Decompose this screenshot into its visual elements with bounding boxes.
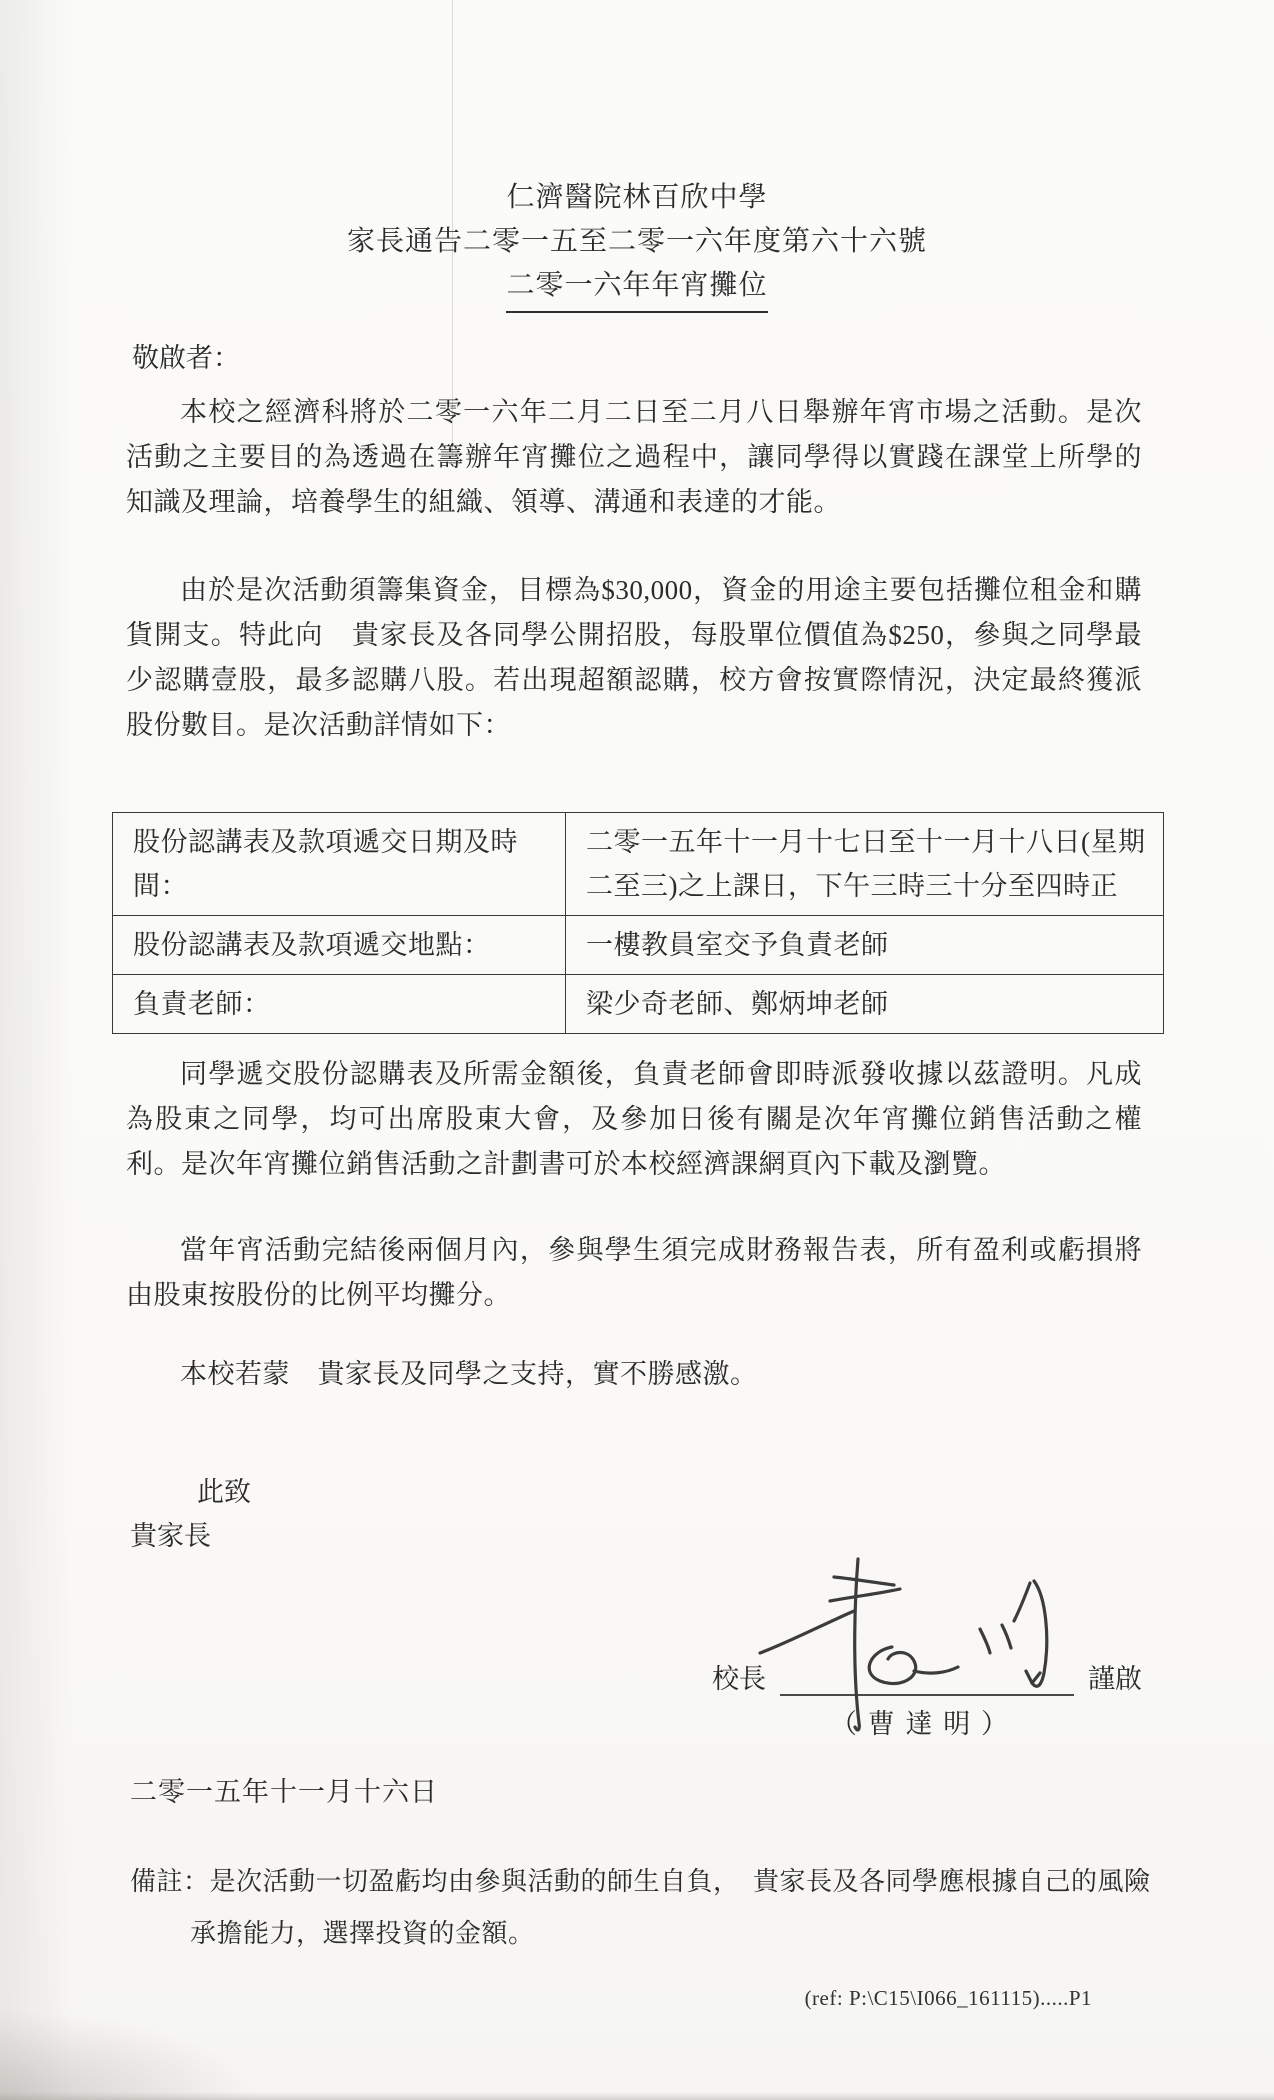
paragraph-receipt: 同學遞交股份認購表及所需金額後，負責老師會即時派發收據以茲證明。凡成為股東之同學… <box>126 1052 1142 1187</box>
table-row: 股份認講表及款項遞交日期及時間： 二零一五年十一月十七日至十一月十八日(星期二至… <box>113 813 1164 916</box>
row-label-submission-date: 股份認講表及款項遞交日期及時間： <box>113 813 566 916</box>
row-label-submission-place: 股份認講表及款項遞交地點： <box>113 916 566 975</box>
notice-number: 家長通告二零一五至二零一六年度第六十六號 <box>0 220 1274 264</box>
notice-subject: 二零一六年年宵攤位 <box>0 264 1274 313</box>
school-name: 仁濟醫院林百欣中學 <box>0 176 1274 220</box>
scan-corner-shadow <box>0 2010 260 2100</box>
file-reference: (ref: P:\C15\I066_161115).....P1 <box>0 1986 1092 2011</box>
principal-name: （ 曹 達 明 ） <box>770 1702 1070 1741</box>
row-value-teachers: 梁少奇老師、鄭炳坤老師 <box>566 975 1164 1034</box>
row-value-submission-date: 二零一五年十一月十七日至十一月十八日(星期二至三)之上課日，下午三時三十分至四時… <box>566 813 1164 916</box>
paragraph-report: 當年宵活動完結後兩個月內，參與學生須完成財務報告表，所有盈利或虧損將由股東按股份… <box>126 1228 1142 1318</box>
salutation: 敬啟者： <box>132 336 240 375</box>
scan-edge-shadow <box>0 0 92 2100</box>
remark-note: 備註：是次活動一切盈虧均由參與活動的師生自負， 貴家長及各同學應根據自己的風險 … <box>130 1856 1160 1960</box>
remark-line1: 備註：是次活動一切盈虧均由參與活動的師生自負， 貴家長及各同學應根據自己的風險 <box>130 1856 1160 1908</box>
letter-date: 二零一五年十一月十六日 <box>130 1770 438 1809</box>
paragraph-thanks: 本校若蒙 貴家長及同學之支持，實不勝感激。 <box>126 1352 1142 1397</box>
paragraph-fundraising: 由於是次活動須籌集資金，目標為$30,000，資金的用途主要包括攤位租金和購貨開… <box>126 568 1142 748</box>
row-value-submission-place: 一樓教員室交予負責老師 <box>566 916 1164 975</box>
remark-line2: 承擔能力，選擇投資的金額。 <box>130 1908 1160 1960</box>
details-table: 股份認講表及款項遞交日期及時間： 二零一五年十一月十七日至十一月十八日(星期二至… <box>112 812 1164 1034</box>
table-row: 負責老師： 梁少奇老師、鄭炳坤老師 <box>113 975 1164 1034</box>
closing-cizhi: 此致 <box>197 1470 251 1509</box>
closing-recipient: 貴家長 <box>130 1514 211 1553</box>
notice-subject-text: 二零一六年年宵攤位 <box>506 264 767 313</box>
paragraph-intro: 本校之經濟科將於二零一六年二月二日至二月八日舉辦年宵市場之活動。是次活動之主要目… <box>126 390 1142 525</box>
row-label-teachers: 負責老師： <box>113 975 566 1034</box>
scanned-notice-page: 仁濟醫院林百欣中學 家長通告二零一五至二零一六年度第六十六號 二零一六年年宵攤位… <box>0 0 1274 2100</box>
table-row: 股份認講表及款項遞交地點： 一樓教員室交予負責老師 <box>113 916 1164 975</box>
scan-bottom-shadow <box>0 2092 1274 2100</box>
letter-header: 仁濟醫院林百欣中學 家長通告二零一五至二零一六年度第六十六號 二零一六年年宵攤位 <box>0 176 1274 313</box>
